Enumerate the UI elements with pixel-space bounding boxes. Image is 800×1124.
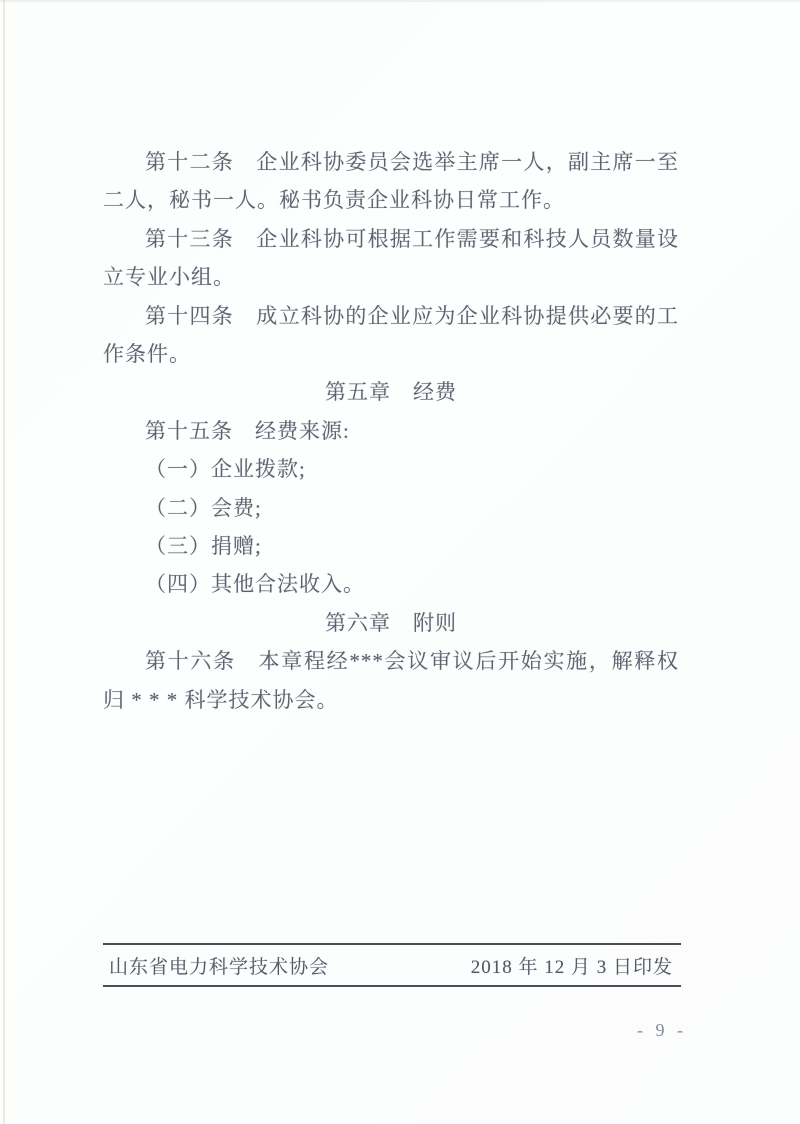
funding-item-2: （二）会费; bbox=[103, 489, 679, 527]
page-number: - 9 - bbox=[612, 1020, 712, 1041]
chapter-6-heading: 第六章 附则 bbox=[103, 604, 679, 642]
article-14: 第十四条 成立科协的企业应为企业科协提供必要的工作条件。 bbox=[103, 297, 679, 374]
article-16: 第十六条 本章程经***会议审议后开始实施，解释权归 * * * 科学技术协会。 bbox=[103, 642, 679, 719]
funding-item-3: （三）捐赠; bbox=[103, 527, 679, 565]
funding-item-4: （四）其他合法收入。 bbox=[103, 565, 679, 603]
scan-edge-artifact bbox=[3, 0, 5, 1124]
print-date: 2018 年 12 月 3 日印发 bbox=[471, 952, 677, 979]
article-12: 第十二条 企业科协委员会选举主席一人，副主席一至二人，秘书一人。秘书负责企业科协… bbox=[103, 143, 679, 220]
document-footer: 山东省电力科学技术协会 2018 年 12 月 3 日印发 bbox=[103, 943, 681, 987]
document-body: 第十二条 企业科协委员会选举主席一人，副主席一至二人，秘书一人。秘书负责企业科协… bbox=[103, 143, 679, 719]
chapter-5-heading: 第五章 经费 bbox=[103, 373, 679, 411]
article-15: 第十五条 经费来源: bbox=[103, 412, 679, 450]
scan-edge-artifact-top bbox=[0, 0, 800, 2]
funding-item-1: （一）企业拨款; bbox=[103, 450, 679, 488]
issuing-organization: 山东省电力科学技术协会 bbox=[107, 952, 329, 979]
article-13: 第十三条 企业科协可根据工作需要和科技人员数量设立专业小组。 bbox=[103, 220, 679, 297]
document-page: 第十二条 企业科协委员会选举主席一人，副主席一至二人，秘书一人。秘书负责企业科协… bbox=[0, 0, 800, 1124]
